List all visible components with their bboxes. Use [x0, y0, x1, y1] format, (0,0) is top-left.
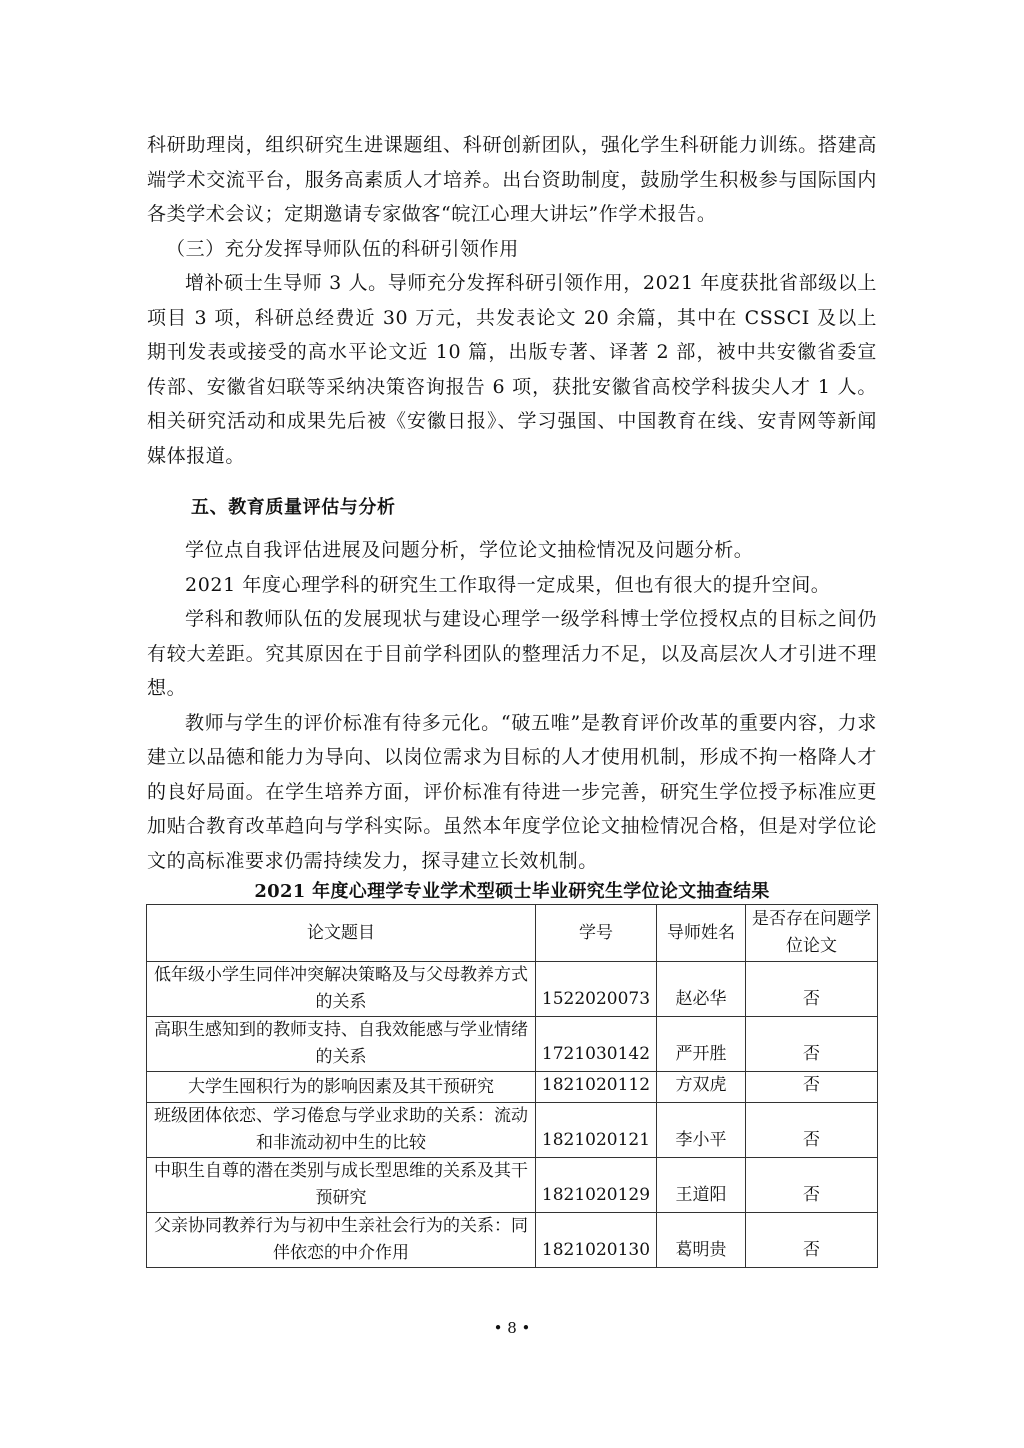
cell-problem: 否 [746, 1158, 878, 1213]
cell-title: 低年级小学生同伴冲突解决策略及与父母教养方式的关系 [147, 962, 536, 1017]
cell-student-id: 1821020129 [536, 1158, 657, 1213]
cell-advisor: 李小平 [657, 1103, 746, 1158]
paragraph-continued: 科研助理岗，组织研究生进课题组、科研创新团队，强化学生科研能力训练。搭建高端学术… [147, 128, 877, 232]
cell-student-id: 1721030142 [536, 1017, 657, 1072]
paragraph: 学位点自我评估进展及问题分析，学位论文抽检情况及问题分析。 [147, 533, 877, 568]
paragraph: 教师与学生的评价标准有待多元化。“破五唯”是教育评价改革的重要内容，力求建立以品… [147, 706, 877, 879]
table-row: 中职生自尊的潜在类别与成长型思维的关系及其干预研究 1821020129 王道阳… [147, 1158, 878, 1213]
cell-title: 父亲协同教养行为与初中生亲社会行为的关系：同伴依恋的中介作用 [147, 1213, 536, 1268]
cell-problem: 否 [746, 1017, 878, 1072]
cell-advisor: 方双虎 [657, 1072, 746, 1103]
cell-advisor: 王道阳 [657, 1158, 746, 1213]
table-caption: 2021 年度心理学专业学术型硕士毕业研究生学位论文抽查结果 [147, 880, 877, 904]
table-row: 父亲协同教养行为与初中生亲社会行为的关系：同伴依恋的中介作用 182102013… [147, 1213, 878, 1268]
cell-title: 中职生自尊的潜在类别与成长型思维的关系及其干预研究 [147, 1158, 536, 1213]
table-row: 班级团体依恋、学习倦怠与学业求助的关系：流动和非流动初中生的比较 1821020… [147, 1103, 878, 1158]
thesis-check-table: 论文题目 学号 导师姓名 是否存在问题学位论文 低年级小学生同伴冲突解决策略及与… [146, 904, 878, 1268]
cell-title: 班级团体依恋、学习倦怠与学业求助的关系：流动和非流动初中生的比较 [147, 1103, 536, 1158]
paragraph: 2021 年度心理学科的研究生工作取得一定成果，但也有很大的提升空间。 [147, 568, 877, 603]
cell-student-id: 1821020130 [536, 1213, 657, 1268]
table-header-row: 论文题目 学号 导师姓名 是否存在问题学位论文 [147, 905, 878, 962]
paragraph: 学科和教师队伍的发展现状与建设心理学一级学科博士学位授权点的目标之间仍有较大差距… [147, 602, 877, 706]
cell-problem: 否 [746, 1103, 878, 1158]
cell-student-id: 1522020073 [536, 962, 657, 1017]
page-number: • 8 • [0, 1319, 1024, 1337]
cell-problem: 否 [746, 962, 878, 1017]
cell-advisor: 葛明贵 [657, 1213, 746, 1268]
paragraph-advisors: 增补硕士生导师 3 人。导师充分发挥科研引领作用，2021 年度获批省部级以上项… [147, 266, 877, 473]
header-title: 论文题目 [147, 905, 536, 962]
header-problem: 是否存在问题学位论文 [746, 905, 878, 962]
cell-title: 大学生囤积行为的影响因素及其干预研究 [147, 1072, 536, 1103]
cell-advisor: 严开胜 [657, 1017, 746, 1072]
table-row: 高职生感知到的教师支持、自我效能感与学业情绪的关系 1721030142 严开胜… [147, 1017, 878, 1072]
header-student-id: 学号 [536, 905, 657, 962]
cell-title: 高职生感知到的教师支持、自我效能感与学业情绪的关系 [147, 1017, 536, 1072]
table-row: 大学生囤积行为的影响因素及其干预研究 1821020112 方双虎 否 [147, 1072, 878, 1103]
table-row: 低年级小学生同伴冲突解决策略及与父母教养方式的关系 1522020073 赵必华… [147, 962, 878, 1017]
subsection-heading: （三）充分发挥导师队伍的科研引领作用 [147, 232, 877, 267]
cell-advisor: 赵必华 [657, 962, 746, 1017]
cell-student-id: 1821020112 [536, 1072, 657, 1103]
cell-problem: 否 [746, 1072, 878, 1103]
cell-problem: 否 [746, 1213, 878, 1268]
header-advisor: 导师姓名 [657, 905, 746, 962]
section-heading: 五、教育质量评估与分析 [147, 491, 877, 525]
document-page: 科研助理岗，组织研究生进课题组、科研创新团队，强化学生科研能力训练。搭建高端学术… [147, 128, 877, 1268]
cell-student-id: 1821020121 [536, 1103, 657, 1158]
